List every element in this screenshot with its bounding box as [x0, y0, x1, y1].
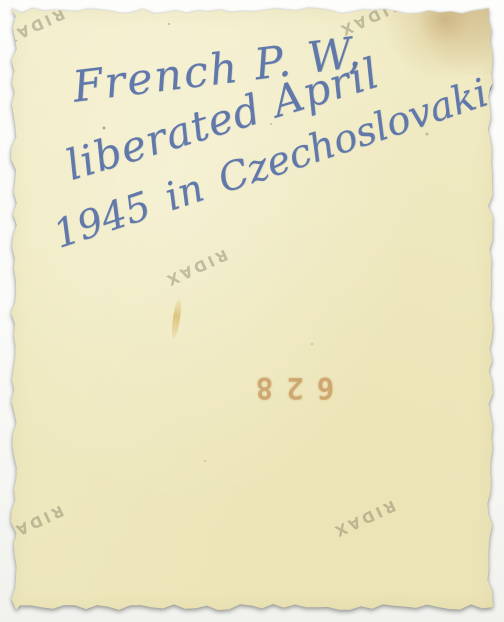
photo-paper-shadow: RIDAX RIDAX RIDAX RIDAX RIDAX French P. … — [8, 5, 496, 613]
paper-specks — [8, 5, 10, 7]
scanned-photo-back: RIDAX RIDAX RIDAX RIDAX RIDAX French P. … — [0, 0, 504, 622]
photo-paper: RIDAX RIDAX RIDAX RIDAX RIDAX French P. … — [8, 5, 496, 613]
stain-mark — [170, 297, 183, 340]
ridax-watermark-bottom-right: RIDAX — [329, 497, 398, 542]
corner-toning — [406, 5, 496, 75]
archival-number-stamp: 628 — [243, 371, 347, 405]
ridax-watermark-bottom-left: RIDAX — [0, 502, 67, 547]
ridax-watermark-top-left: RIDAX — [0, 5, 68, 50]
ridax-watermark-middle: RIDAX — [161, 246, 230, 291]
